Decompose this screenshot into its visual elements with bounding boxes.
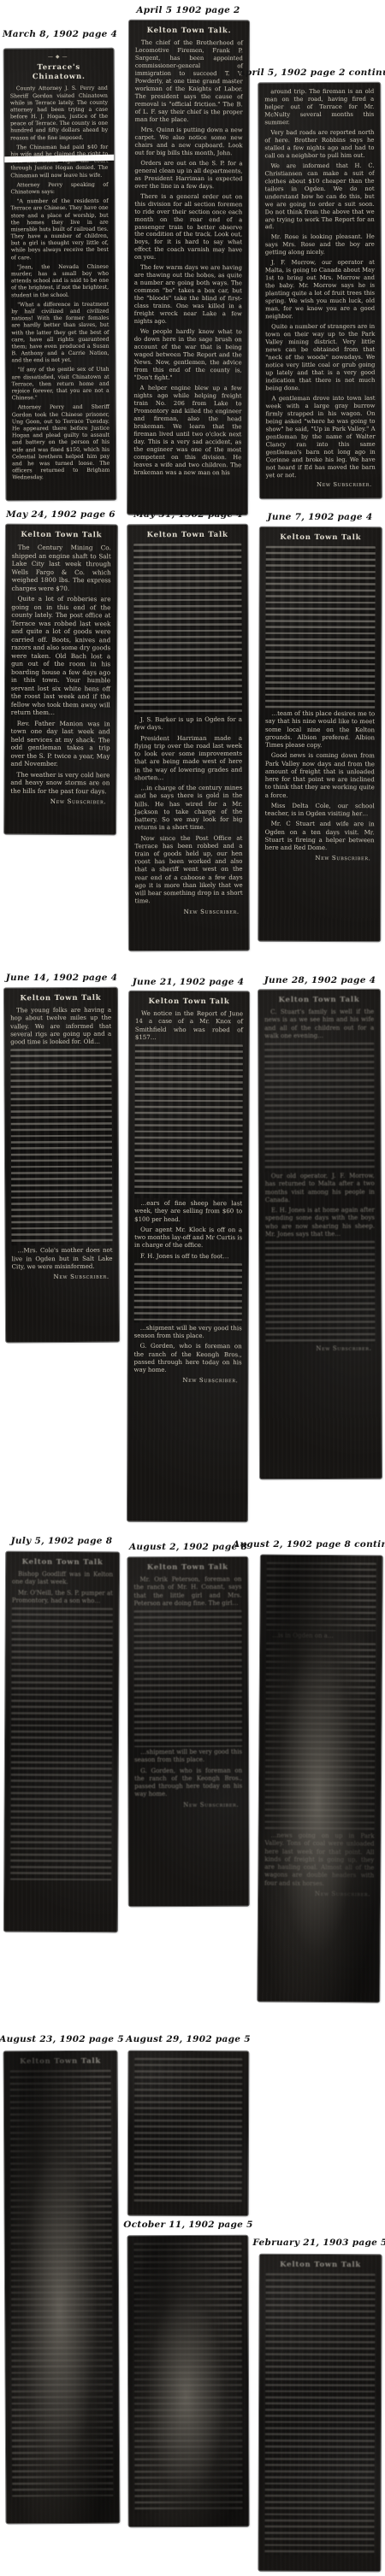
clipping-headline: Terrace's Chinatown.: [10, 63, 108, 83]
illegible-newsprint: [133, 2243, 242, 2512]
clipping-headline: Kelton Town Talk: [135, 997, 243, 1008]
clipping-paragraph: …is in Ogden on a…: [266, 1632, 376, 1641]
clipping-paragraph: We are informed that H. C. Christiansen …: [264, 162, 374, 231]
clipping-signature: New Subscriber.: [264, 1890, 374, 1898]
clipping-paragraph: A helper engine blew up a few nights ago…: [133, 385, 241, 477]
illegible-newsprint: [134, 1044, 243, 1198]
clipping-signature: New Subscriber.: [266, 481, 376, 489]
clipping-headline: Kelton Town Talk: [133, 1563, 241, 1573]
illegible-newsprint: [134, 1263, 242, 1323]
newspaper-clipping: —◆—Terrace's Chinatown.County Attorney J…: [4, 49, 116, 501]
illegible-newsprint: [133, 544, 242, 715]
clipping-paragraph: "Jean, the Nevada Chinese murder, has a …: [11, 264, 109, 300]
clipping-caption: June 7, 1902 page 4: [268, 512, 373, 522]
clipping-text: Kelton Town TalkBishop Goodliff was in K…: [10, 1558, 113, 1882]
clipping-headline: Kelton Town Talk: [12, 531, 111, 541]
illegible-newsprint: [10, 2070, 114, 2498]
clipping-headline: Kelton Town Talk.: [135, 26, 243, 37]
clipping-paragraph: Rev. Father Manion was in town one day l…: [10, 719, 110, 768]
clipping-paragraph: The chief of the Brotherhood of Locomoti…: [135, 39, 243, 124]
clipping-caption: August 29, 1902 page 5: [126, 2034, 251, 2044]
newspaper-clipping: around trip. The fireman is an old man o…: [258, 83, 382, 498]
clipping-paragraph: G. Gorden, who is foreman on the ranch o…: [134, 1767, 242, 1798]
clipping-text: —◆—Terrace's Chinatown.County Attorney J…: [10, 54, 110, 482]
clipping-paragraph: Very bad roads are reported north of her…: [264, 129, 374, 160]
clipping-paragraph: …ears of fine sheep here last week, they…: [134, 1200, 242, 1224]
clipping-caption: April 5 1902 page 2: [136, 5, 240, 15]
clipping-paragraph: "A number of the residents of Terrace ar…: [11, 198, 109, 262]
clipping-paragraph: Attorney Perry and Sheriff Gordon took t…: [12, 404, 110, 482]
clipping-caption: August 23, 1902 page 5: [0, 2034, 124, 2044]
clipping-headline: Kelton Town Talk: [10, 994, 111, 1004]
clipping-caption: June 21, 1902 page 4: [133, 977, 245, 987]
clipping-paragraph: …Mrs. Cole's mother does not live in Ogd…: [12, 1247, 113, 1271]
clipping-paragraph: G. Gorden, who is foreman on the ranch o…: [134, 1343, 242, 1374]
clipping-text: around trip. The fireman is an old man o…: [264, 88, 376, 490]
clipping-caption: August 2, 1902 page 8 continued: [233, 1539, 385, 1550]
clipping-paragraph: Now since the Post Office at Terrace has…: [134, 834, 242, 906]
clipping-paragraph: C. Stuart's family is well if the news i…: [264, 1009, 374, 1040]
clipping-paragraph: …news going on up in Park Valley. Tons o…: [264, 1832, 374, 1889]
clipping-text: …is in Ogden on a……news going on up in P…: [264, 1562, 376, 1899]
clipping-paragraph: Orders are out on the S. P. for a genera…: [134, 160, 242, 191]
clipping-text: Kelton Town TalkJ. S. Barker is up in Og…: [133, 531, 243, 916]
clipping-paragraph: Bishop Goodliff was in Kelton one day la…: [12, 1571, 113, 1587]
clipping-paragraph: There is a general order out on this div…: [134, 192, 242, 262]
clipping-caption: May 24, 1902 page 6: [6, 509, 115, 520]
newspaper-clipping: Kelton Town TalkWe notice in the Report …: [127, 991, 249, 1521]
clipping-paragraph: Our old operator, J. F. Morrow, has retu…: [265, 1173, 375, 1204]
clipping-paragraph: Quite a number of strangers are in town …: [265, 323, 375, 392]
newspaper-clipping: Kelton Town TalkJ. S. Barker is up in Og…: [127, 525, 249, 950]
newspaper-clipping: [127, 2236, 248, 2526]
clipping-paragraph: The weather is very cold here and heavy …: [10, 770, 110, 795]
clipping-text: Kelton Town TalkThe young folks are havi…: [10, 994, 113, 1282]
clipping-caption: July 5, 1902 page 8: [11, 1536, 113, 1546]
clipping-paragraph: Mr. Rose is looking pleasant. He says Mr…: [265, 233, 375, 256]
clipping-paragraph: The young folks are having a hop about t…: [10, 1007, 111, 1047]
clipping-paragraph: President Harriman made a flying trip ov…: [134, 734, 242, 782]
clipping-signature: New Subscriber.: [10, 797, 110, 806]
clipping-signature: New Subscriber.: [135, 908, 243, 916]
clipping-paragraph: Mr. Orik Peterson, foreman on the ranch …: [133, 1576, 241, 1608]
clipping-caption: June 14, 1902 page 4: [6, 973, 118, 983]
clipping-text: [134, 2058, 243, 2203]
newspaper-clipping: Kelton Town Talk.The chief of the Brothe…: [127, 21, 249, 515]
clipping-paragraph: Attorney Perry speaking of Chinatown say…: [10, 181, 108, 196]
clipping-paragraph: …in charge of the century mines and he s…: [134, 785, 242, 832]
illegible-newsprint: [134, 2058, 243, 2203]
clipping-paragraph: The Century Mining Co. shipped an engine…: [12, 544, 111, 593]
newspaper-clipping: Kelton Town Talk: [258, 2255, 381, 2571]
newspaper-clipping: Kelton Town TalkThe young folks are havi…: [4, 988, 119, 1343]
clipping-text: Kelton Town TalkWe notice in the Report …: [133, 997, 243, 1385]
clipping-paragraph: "What a difference in treatment by half …: [11, 301, 109, 364]
clipping-paragraph: Quite a lot of robberies are going on in…: [11, 595, 111, 717]
clipping-paragraph: Miss Delta Cole, our school teacher, is …: [265, 803, 375, 819]
illegible-newsprint: [265, 546, 376, 709]
scrapbook-page: March 8, 1902 page 4 —◆—Terrace's Chinat…: [0, 0, 385, 2576]
clipping-paragraph: J. F. Morrow, our operator at Malta, is …: [265, 259, 375, 321]
illegible-newsprint: [266, 1562, 376, 1632]
clipping-paragraph: Our agent Mr. Klock is off on a two mont…: [134, 1226, 242, 1250]
clipping-paragraph: "If any of the gentle sex of Utah are di…: [12, 367, 110, 403]
newspaper-clipping: Kelton Town TalkC. Stuart's family is we…: [258, 990, 382, 1479]
clipping-headline: Kelton Town Talk: [12, 1558, 113, 1568]
clipping-text: Kelton Town Talk…team of this place desi…: [264, 533, 375, 863]
clipping-signature: New Subscriber.: [133, 1377, 241, 1385]
clipping-signature: New Subscriber.: [12, 1273, 113, 1282]
clipping-text: [133, 2243, 242, 2512]
newspaper-clipping: [128, 2051, 249, 2215]
illegible-newsprint: [10, 1049, 112, 1246]
clipping-text: Kelton Town TalkThe Century Mining Co. s…: [10, 531, 111, 806]
clipping-headline: Kelton Town Talk: [10, 2057, 111, 2067]
illegible-newsprint: [10, 1608, 113, 1882]
clipping-caption: August 2, 1902 page 8: [129, 1542, 247, 1552]
clipping-paragraph: J. S. Barker is up in Ogden for a few da…: [134, 716, 242, 732]
newspaper-clipping: Kelton Town TalkBishop Goodliff was in K…: [4, 1552, 119, 1932]
clipping-caption: April 5, 1902 page 2 continued: [238, 68, 385, 78]
illegible-newsprint: [134, 1610, 243, 1747]
illegible-newsprint: [265, 1241, 375, 1344]
clipping-paragraph: Mr. C Stuart and wife are in Ogden on a …: [265, 820, 375, 852]
newspaper-clipping: …is in Ogden on a……news going on up in P…: [258, 1556, 382, 2003]
clipping-headline: Kelton Town Talk: [264, 996, 374, 1006]
clipping-paragraph: F. H. Jones is off to the foot…: [134, 1252, 242, 1261]
clipping-paragraph: A gentleman drove into town last week wi…: [265, 395, 375, 479]
clipping-paragraph: Mrs. Quinn is putting down a new carpet.…: [134, 126, 242, 157]
clipping-headline: Kelton Town Talk: [266, 533, 376, 544]
clipping-signature: New Subscriber.: [264, 855, 374, 863]
clipping-signature: New Subscriber.: [134, 1801, 242, 1809]
clipping-text: Kelton Town Talk: [264, 2261, 375, 2556]
clipping-paragraph: around trip. The fireman is an old man o…: [264, 88, 374, 126]
clipping-text: Kelton Town TalkMr. Orik Peterson, forem…: [133, 1563, 242, 1809]
clipping-caption: June 28, 1902 page 4: [264, 975, 376, 985]
clipping-paragraph: …team of this place desires me to say th…: [265, 710, 375, 750]
clipping-text: Kelton Town Talk.The chief of the Brothe…: [133, 26, 243, 477]
clipping-paragraph: We people hardly know what to do down he…: [134, 328, 242, 382]
newspaper-clipping: Kelton Town Talk: [4, 2051, 120, 2524]
newspaper-clipping: Kelton Town TalkThe Century Mining Co. s…: [4, 525, 117, 835]
clipping-caption: March 8, 1902 page 4: [3, 29, 117, 39]
illegible-newsprint: [264, 1043, 375, 1171]
newspaper-clipping: Kelton Town TalkMr. Orik Peterson, forem…: [127, 1557, 248, 1906]
clipping-headline: Kelton Town Talk: [133, 531, 241, 541]
clipping-paragraph: …shipment will be very good this season …: [134, 1749, 242, 1765]
clipping-paragraph: The few warm days we are having are thaw…: [134, 264, 242, 326]
divider-ornament: —◆—: [10, 54, 108, 62]
newspaper-clipping: Kelton Town Talk…team of this place desi…: [258, 527, 382, 941]
clipping-caption: October 11, 1902 page 5: [123, 2220, 252, 2230]
clipping-paragraph: E. H. Jones is at home again after spend…: [265, 1207, 375, 1238]
illegible-newsprint: [265, 1643, 376, 1832]
clipping-paragraph: We notice in the Report of June 14 a cas…: [135, 1010, 243, 1042]
clipping-signature: New Subscriber.: [265, 1345, 375, 1354]
clipping-text: Kelton Town Talk: [10, 2057, 114, 2498]
clipping-paragraph: Good news is coming down from Park Valle…: [265, 752, 375, 800]
clipping-caption: May 31, 1902 page 4: [133, 509, 243, 520]
clipping-headline: Kelton Town Talk: [266, 2261, 376, 2271]
clipping-paragraph: …shipment will be very good this season …: [134, 1325, 242, 1341]
clipping-paragraph: County Attorney J. S. Perry and Sheriff …: [10, 85, 108, 142]
clipping-paragraph: Mr. O'Neill, the S. P. pumper at Promont…: [12, 1589, 113, 1605]
clipping-caption: February 21, 1903 page 5: [252, 2238, 385, 2248]
clipping-text: Kelton Town TalkC. Stuart's family is we…: [264, 996, 375, 1354]
illegible-newsprint: [264, 2273, 375, 2555]
